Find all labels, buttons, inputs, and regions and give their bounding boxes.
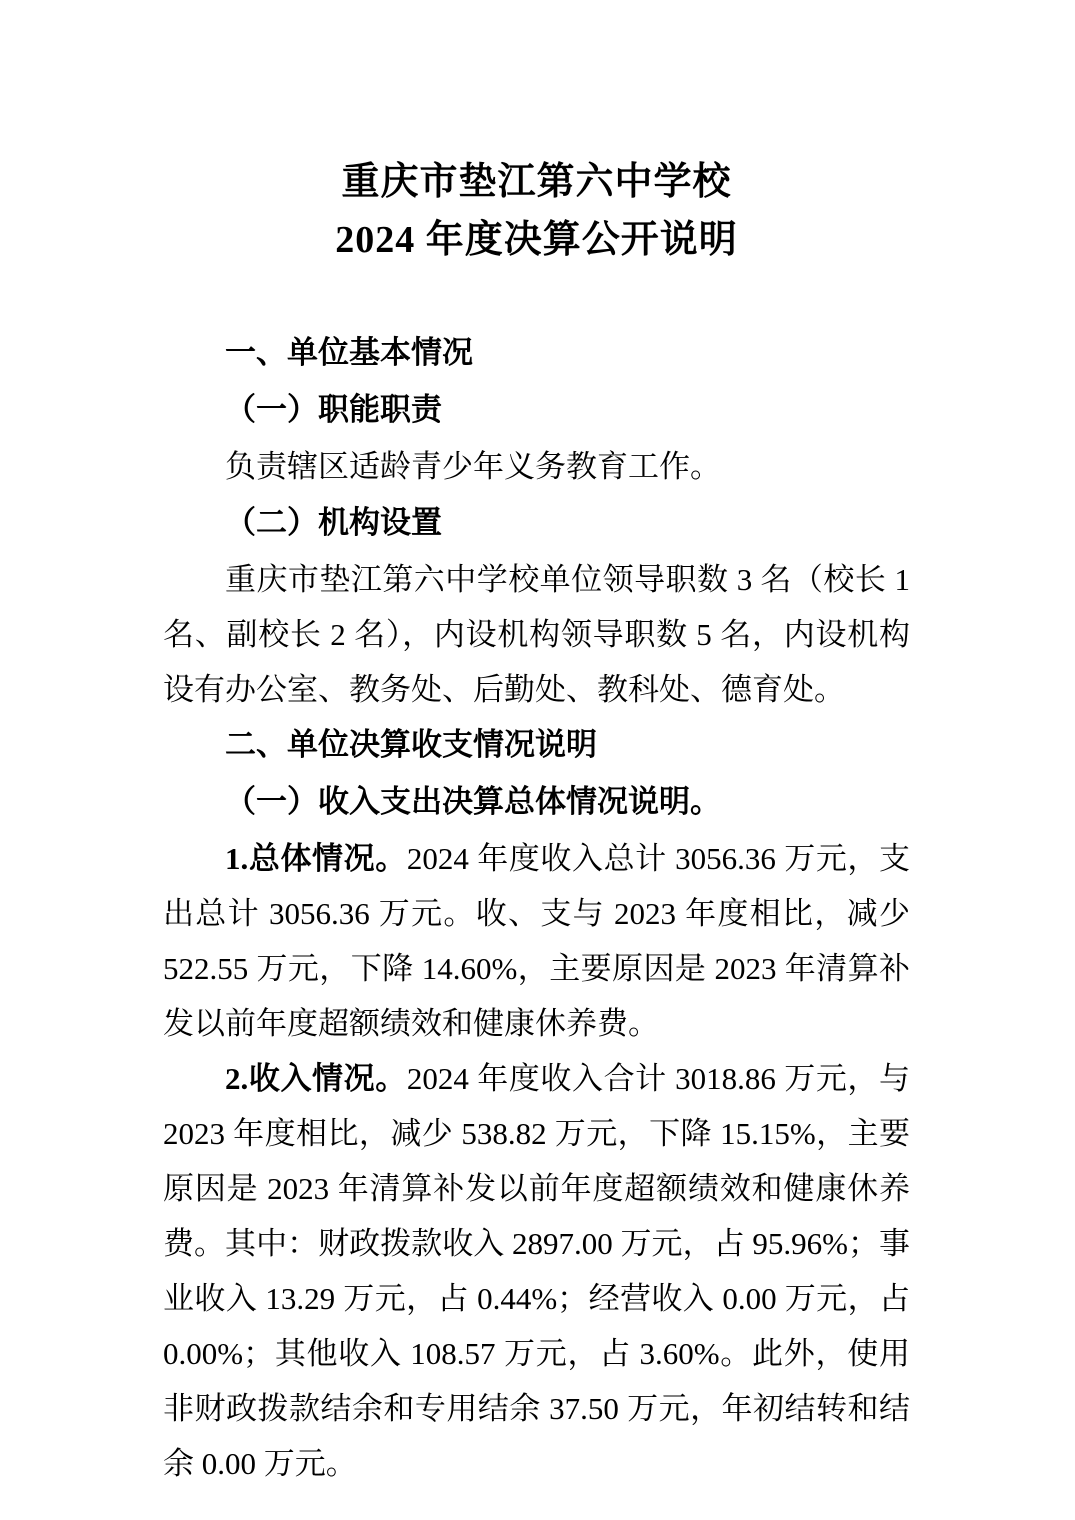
overall-situation-paragraph: 1.总体情况。2024 年度收入总计 3056.36 万元，支出总计 3056.… — [163, 831, 910, 1051]
section-1-1-paragraph: 负责辖区适龄青少年义务教育工作。 — [163, 439, 910, 494]
document-title-line1: 重庆市垫江第六中学校 — [163, 153, 910, 211]
document-page: 重庆市垫江第六中学校 2024 年度决算公开说明 一、单位基本情况 （一）职能职… — [0, 0, 1075, 1520]
document-title: 重庆市垫江第六中学校 2024 年度决算公开说明 — [163, 153, 910, 269]
section-1-heading: 一、单位基本情况 — [163, 325, 910, 381]
income-situation-lead: 2.收入情况。 — [225, 1061, 407, 1096]
section-1-2-paragraph: 重庆市垫江第六中学校单位领导职数 3 名（校长 1 名、副校长 2 名），内设机… — [163, 552, 910, 717]
section-2-1-heading: （一）收入支出决算总体情况说明。 — [163, 773, 910, 831]
income-situation-paragraph: 2.收入情况。2024 年度收入合计 3018.86 万元，与 2023 年度相… — [163, 1051, 910, 1491]
section-2-heading: 二、单位决算收支情况说明 — [163, 717, 910, 773]
income-situation-text: 2024 年度收入合计 3018.86 万元，与 2023 年度相比，减少 53… — [163, 1061, 910, 1481]
overall-situation-lead: 1.总体情况。 — [225, 841, 407, 876]
section-1-1-heading: （一）职能职责 — [163, 381, 910, 439]
section-1-2-heading: （二）机构设置 — [163, 494, 910, 552]
document-title-line2: 2024 年度决算公开说明 — [163, 211, 910, 269]
